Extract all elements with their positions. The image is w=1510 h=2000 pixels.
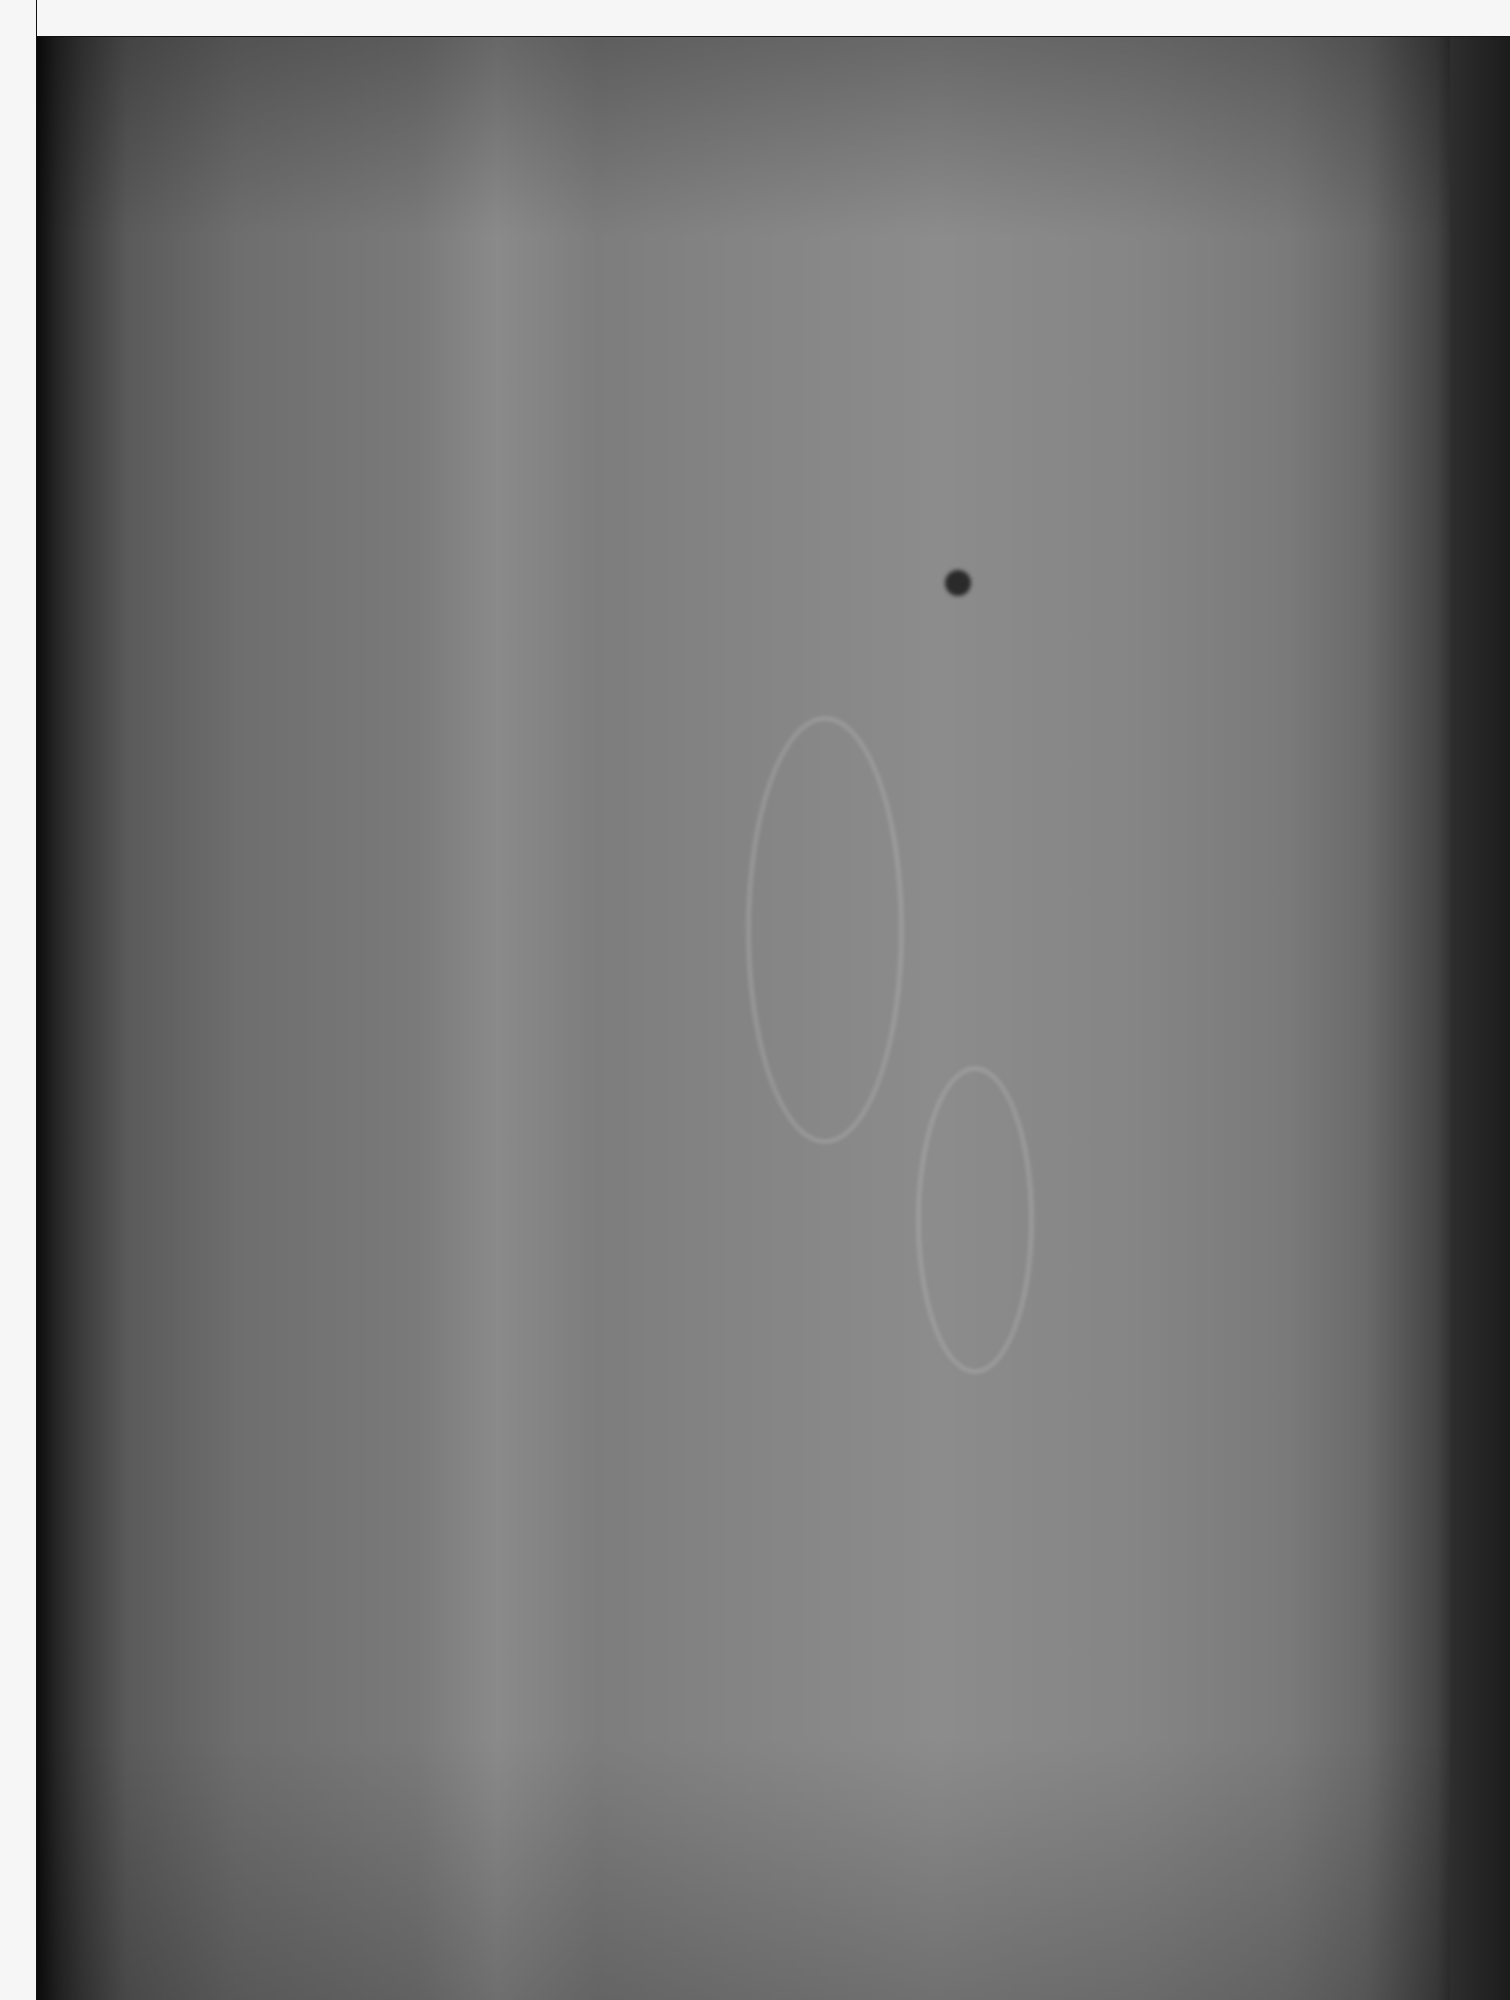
left-text-column	[67, 37, 567, 2000]
watermark-ghost	[747, 717, 903, 1143]
ink-spot	[945, 570, 971, 596]
ruler-left	[0, 0, 37, 2000]
binding-edge	[1450, 37, 1510, 2000]
ruler-corner	[0, 0, 36, 36]
right-text-column	[627, 37, 1347, 2000]
watermark-ghost	[917, 1067, 1033, 1373]
manuscript-scan	[37, 37, 1510, 2000]
ruler-top	[0, 0, 1510, 37]
